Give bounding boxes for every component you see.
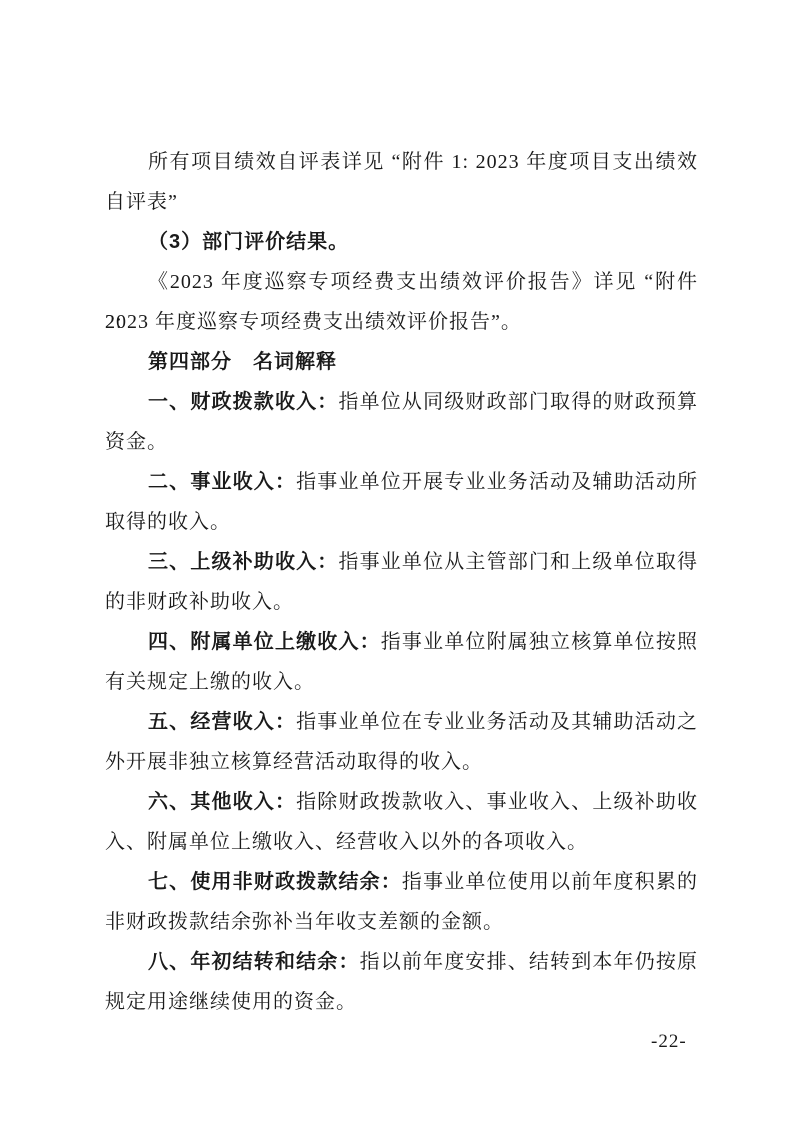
term-label: （3）部门评价结果。 [148, 231, 349, 253]
term-label: 七、使用非财政拨款结余： [148, 871, 402, 893]
term-label: 六、其他收入： [148, 791, 296, 813]
term-line: 六、其他收入：指除财政拨款收入、事业收入、上级补助收 [105, 782, 698, 822]
text-line: 2023 年度巡察专项经费支出绩效评价报告”。 [105, 302, 698, 342]
term-label: 四、附属单位上缴收入： [148, 631, 381, 653]
body-text: 有关规定上缴的收入。 [105, 671, 315, 693]
term-label: 二、事业收入： [148, 471, 296, 493]
body-text: 指单位从同级财政部门取得的财政预算 [338, 391, 698, 413]
body-text: 所有项目绩效自评表详见 “附件 1: 2023 年度项目支出绩效 [148, 151, 698, 173]
term-label: 五、经营收入： [148, 711, 296, 733]
term-line: 七、使用非财政拨款结余：指事业单位使用以前年度积累的 [105, 862, 698, 902]
text-line: 外开展非独立核算经营活动取得的收入。 [105, 742, 698, 782]
term-label: 三、上级补助收入： [148, 551, 338, 573]
term-line: 一、财政拨款收入：指单位从同级财政部门取得的财政预算 [105, 382, 698, 422]
term-label: 一、财政拨款收入： [148, 391, 338, 413]
body-text: 指事业单位在专业业务活动及其辅助活动之 [296, 711, 698, 733]
text-line: 有关规定上缴的收入。 [105, 662, 698, 702]
body-text: 指事业单位从主管部门和上级单位取得 [338, 551, 698, 573]
text-line: 《2023 年度巡察专项经费支出绩效评价报告》详见 “附件 2: [105, 262, 698, 302]
text-line: 自评表” [105, 182, 698, 222]
term-line: 五、经营收入：指事业单位在专业业务活动及其辅助活动之 [105, 702, 698, 742]
body-text: 资金。 [105, 431, 168, 453]
text-line: 规定用途继续使用的资金。 [105, 982, 698, 1022]
body-text: 取得的收入。 [105, 511, 231, 533]
body-text: 指事业单位开展专业业务活动及辅助活动所 [296, 471, 698, 493]
document-body: 所有项目绩效自评表详见 “附件 1: 2023 年度项目支出绩效自评表”（3）部… [105, 142, 698, 1022]
section-heading-part4: 第四部分 名词解释 [105, 342, 698, 382]
body-text: 非财政拨款结余弥补当年收支差额的金额。 [105, 911, 504, 933]
text-line: 非财政拨款结余弥补当年收支差额的金额。 [105, 902, 698, 942]
body-text: 自评表” [105, 191, 178, 213]
term-line: 二、事业收入：指事业单位开展专业业务活动及辅助活动所 [105, 462, 698, 502]
body-text: 指事业单位附属独立核算单位按照 [381, 631, 698, 653]
body-text: 外开展非独立核算经营活动取得的收入。 [105, 751, 483, 773]
term-line: 三、上级补助收入：指事业单位从主管部门和上级单位取得 [105, 542, 698, 582]
document-page: 所有项目绩效自评表详见 “附件 1: 2023 年度项目支出绩效自评表”（3）部… [0, 0, 793, 1122]
body-text: 指事业单位使用以前年度积累的 [402, 871, 698, 893]
text-line: 入、附属单位上缴收入、经营收入以外的各项收入。 [105, 822, 698, 862]
text-line: 取得的收入。 [105, 502, 698, 542]
term-label: 八、年初结转和结余： [148, 951, 360, 973]
body-text: 的非财政补助收入。 [105, 591, 294, 613]
text-line: 资金。 [105, 422, 698, 462]
text-line: 的非财政补助收入。 [105, 582, 698, 622]
page-number: -22- [651, 1031, 687, 1053]
subheading-dept-evaluation: （3）部门评价结果。 [105, 222, 698, 262]
body-text: 指除财政拨款收入、事业收入、上级补助收 [296, 791, 698, 813]
term-label: 第四部分 名词解释 [148, 351, 337, 373]
text-line: 所有项目绩效自评表详见 “附件 1: 2023 年度项目支出绩效 [105, 142, 698, 182]
term-line: 八、年初结转和结余：指以前年度安排、结转到本年仍按原 [105, 942, 698, 982]
body-text: 2023 年度巡察专项经费支出绩效评价报告”。 [105, 311, 522, 333]
term-line: 四、附属单位上缴收入：指事业单位附属独立核算单位按照 [105, 622, 698, 662]
body-text: 规定用途继续使用的资金。 [105, 991, 357, 1013]
body-text: 指以前年度安排、结转到本年仍按原 [360, 951, 698, 973]
body-text: 入、附属单位上缴收入、经营收入以外的各项收入。 [105, 831, 588, 853]
